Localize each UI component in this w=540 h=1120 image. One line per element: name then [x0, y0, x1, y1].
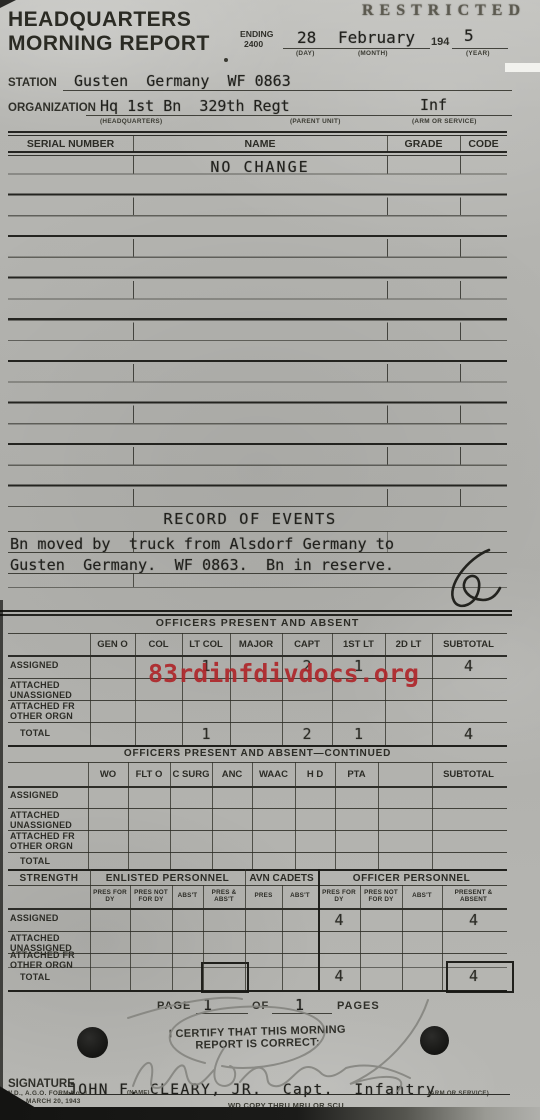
- grid-line: [442, 885, 443, 990]
- officers-row-label: TOTAL: [20, 728, 100, 738]
- roster-col-serial: SERIAL NUMBER: [8, 138, 133, 150]
- officers-col: 2D LT: [385, 639, 432, 650]
- strength-subcol: ABS'T: [402, 892, 442, 899]
- scan-edge-artifact: [505, 63, 540, 72]
- strength-subcol: ABS'T: [172, 892, 203, 899]
- ending-label: ENDING: [240, 29, 273, 39]
- strength-group: OFFICER PERSONNEL: [318, 873, 505, 884]
- grid-line: [295, 762, 296, 869]
- strength-subcol: PRES & ABS'T: [203, 889, 245, 903]
- grid-line: [245, 869, 246, 990]
- grid-line: [385, 633, 386, 745]
- year-prefix: 194: [431, 36, 449, 48]
- strength-subcol: ABS'T: [282, 892, 318, 899]
- rule-line: [8, 552, 507, 553]
- grid-line: [90, 869, 91, 990]
- website-watermark: 83rdinfdivdocs.org: [148, 659, 419, 688]
- officers2-col: C SURG: [170, 769, 212, 780]
- grid-line: [133, 531, 134, 552]
- year-label: (YEAR): [466, 50, 490, 57]
- scan-corner-artifact: [0, 0, 16, 8]
- rule-line: [196, 1013, 248, 1014]
- officers-total-ltcol: 1: [182, 725, 230, 743]
- officers2-row-label: ATTACHED UNASSIGNED: [10, 810, 90, 830]
- officers-row-label: ASSIGNED: [10, 660, 90, 670]
- officers2-col: H D: [295, 769, 335, 780]
- rule-line: [8, 131, 507, 133]
- roster-col-grade: GRADE: [387, 138, 460, 150]
- pages-number: 1: [295, 996, 304, 1014]
- grid-line: [170, 762, 171, 869]
- signature-label: SIGNATURE: [8, 1078, 75, 1090]
- grid-line: [460, 156, 461, 506]
- officers-col: COL: [135, 639, 182, 650]
- grid-line: [387, 531, 388, 552]
- grid-line: [432, 762, 433, 869]
- morning-report-scan: RESTRICTED HEADQUARTERS MORNING REPORT E…: [0, 0, 540, 1120]
- rule-line: [8, 953, 507, 954]
- officers-row-label: ATTACHED UNASSIGNED: [10, 680, 90, 700]
- officers-title: OFFICERS PRESENT AND ABSENT: [8, 617, 507, 629]
- page-number: 1: [203, 996, 212, 1014]
- officers2-col: WO: [88, 769, 128, 780]
- officers-total-capt: 2: [282, 725, 332, 743]
- strength-total-officer-total: 4: [442, 967, 505, 985]
- officers-row-label: ATTACHED FR OTHER ORGN: [10, 701, 90, 721]
- rule-line: [272, 1013, 332, 1014]
- page-label: PAGE: [157, 1000, 191, 1012]
- officers2-row-label: ASSIGNED: [10, 790, 90, 800]
- rule-line: [8, 990, 507, 992]
- strength-group: ENLISTED PERSONNEL: [90, 873, 245, 884]
- officers-col: SUBTOTAL: [432, 639, 505, 650]
- ink-dot: [224, 58, 228, 62]
- grid-line: [130, 885, 131, 990]
- form-title-line2: MORNING REPORT: [8, 32, 210, 56]
- grid-line: [212, 762, 213, 869]
- punch-hole-right: [420, 1026, 449, 1055]
- strength-total-officer-pres: 4: [318, 967, 360, 985]
- roster-ruled-rows: [8, 156, 507, 507]
- form-id: W.D., A.G.O. FORM No. 1: [6, 1090, 88, 1097]
- arm-or-service-label: (ARM OR SERVICE): [412, 118, 477, 125]
- grid-line: [360, 885, 361, 990]
- rule-line: [8, 135, 507, 137]
- strength-row-label: TOTAL: [20, 972, 100, 982]
- ending-time: 2400: [244, 39, 263, 49]
- strength-assigned-officer-pres: 4: [318, 911, 360, 929]
- form-date: MARCH 20, 1943: [26, 1098, 81, 1105]
- punch-hole-left: [77, 1027, 108, 1058]
- rule-line: [8, 587, 507, 588]
- rule-line: [452, 48, 508, 49]
- grid-line: [133, 156, 134, 506]
- strength-row-label: ASSIGNED: [10, 913, 90, 923]
- organization-label: ORGANIZATION: [8, 102, 96, 114]
- grid-line: [135, 633, 136, 745]
- rule-line: [63, 90, 512, 91]
- arm-value: Inf: [420, 96, 447, 114]
- rule-line: [0, 610, 512, 612]
- rule-line: [8, 506, 507, 507]
- events-title: RECORD OF EVENTS: [0, 510, 500, 528]
- grid-line: [282, 885, 283, 990]
- rule-line: [8, 931, 507, 932]
- strength-subcol: PRES FOR DY: [90, 889, 130, 903]
- emphasis-box-enlisted-total: [201, 962, 249, 993]
- strength-subcol: PRES NOT FOR DY: [360, 889, 402, 903]
- officers-col: GEN O: [90, 639, 135, 650]
- officers2-col: SUBTOTAL: [432, 769, 505, 780]
- arm-or-service-label-footer: (ARM OR SERVICE): [428, 1091, 489, 1097]
- events-line2: Gusten Germany. WF 0863. Bn in reserve.: [10, 556, 394, 574]
- strength-subcol: PRES NOT FOR DY: [130, 889, 172, 903]
- officers-total-1stlt: 1: [332, 725, 385, 743]
- certification-block: I CERTIFY THAT THIS MORNING REPORT IS CO…: [145, 1023, 371, 1053]
- officers2-col: WAAC: [252, 769, 295, 780]
- name-label: (NAME): [127, 1090, 150, 1096]
- form-title-line1: HEADQUARTERS: [8, 8, 191, 32]
- officers2-title: OFFICERS PRESENT AND ABSENT—CONTINUED: [8, 748, 507, 759]
- scan-edge-artifact: [0, 1107, 540, 1120]
- rule-line: [0, 614, 512, 616]
- officers-total-subtotal: 4: [432, 725, 505, 743]
- station-label: STATION: [8, 77, 57, 89]
- rule-line: [283, 48, 430, 49]
- date-year-value: 5: [464, 26, 474, 45]
- organization-value: Hq 1st Bn 329th Regt: [100, 97, 290, 115]
- strength-group: AVN CADETS: [245, 873, 318, 884]
- officers2-col: PTA: [335, 769, 378, 780]
- officers-col: MAJOR: [230, 639, 282, 650]
- strength-assigned-officer-total: 4: [442, 911, 505, 929]
- grid-line: [402, 885, 403, 990]
- grid-line: [182, 633, 183, 745]
- roster-col-code: CODE: [460, 138, 507, 150]
- officers2-col: ANC: [212, 769, 252, 780]
- of-label: OF: [252, 1000, 269, 1012]
- rule-line: [8, 573, 507, 574]
- officers2-row-label: ATTACHED FR OTHER ORGN: [10, 831, 90, 851]
- grid-line: [230, 633, 231, 745]
- day-label: (DAY): [296, 50, 315, 57]
- rule-line: [8, 151, 507, 153]
- events-line1: Bn moved by truck from Alsdorf Germany t…: [10, 535, 394, 553]
- roster-entry: NO CHANGE: [133, 158, 387, 176]
- strength-subcol: PRES: [245, 892, 282, 899]
- grid-line: [128, 762, 129, 869]
- strength-label: STRENGTH: [8, 873, 90, 884]
- rule-line: [8, 885, 507, 886]
- date-day-value: 28: [297, 28, 316, 47]
- roster-col-name: NAME: [133, 138, 387, 150]
- rule-line: [86, 115, 512, 116]
- scan-edge-artifact: [0, 600, 3, 1100]
- officers-col: 1ST LT: [332, 639, 385, 650]
- grid-line: [172, 885, 173, 990]
- grid-line: [318, 869, 320, 990]
- grid-line: [432, 633, 433, 745]
- rule-line: [8, 531, 507, 532]
- officers-col: CAPT: [282, 639, 332, 650]
- grid-line: [90, 633, 91, 745]
- rule-line: [8, 908, 507, 910]
- strength-subcol: PRES FOR DY: [318, 889, 360, 903]
- parent-unit-label: (PARENT UNIT): [290, 118, 341, 125]
- officers2-col: FLT O: [128, 769, 170, 780]
- grid-line: [282, 633, 283, 745]
- typed-name: JOHN F. CLEARY, JR. Capt. Infantry: [68, 1082, 436, 1098]
- strength-subcol: PRESENT & ABSENT: [442, 889, 505, 903]
- grid-line: [252, 762, 253, 869]
- pages-label: PAGES: [337, 1000, 380, 1012]
- grid-line: [378, 762, 379, 869]
- events-ink-initial: [452, 550, 500, 606]
- officers-assigned-subtotal: 4: [432, 657, 505, 675]
- grid-line: [203, 885, 204, 990]
- officers-col: LT COL: [182, 639, 230, 650]
- rule-line: [8, 869, 507, 871]
- headquarters-label: (HEADQUARTERS): [100, 118, 162, 125]
- restricted-stamp: RESTRICTED: [362, 2, 526, 20]
- rule-line: [8, 967, 507, 968]
- grid-line: [133, 573, 134, 587]
- date-month-value: February: [338, 28, 415, 47]
- grid-line: [332, 633, 333, 745]
- grid-line: [88, 762, 89, 869]
- grid-line: [335, 762, 336, 869]
- month-label: (MONTH): [358, 50, 388, 57]
- grid-line: [387, 156, 388, 506]
- station-value: Gusten Germany WF 0863: [74, 72, 291, 90]
